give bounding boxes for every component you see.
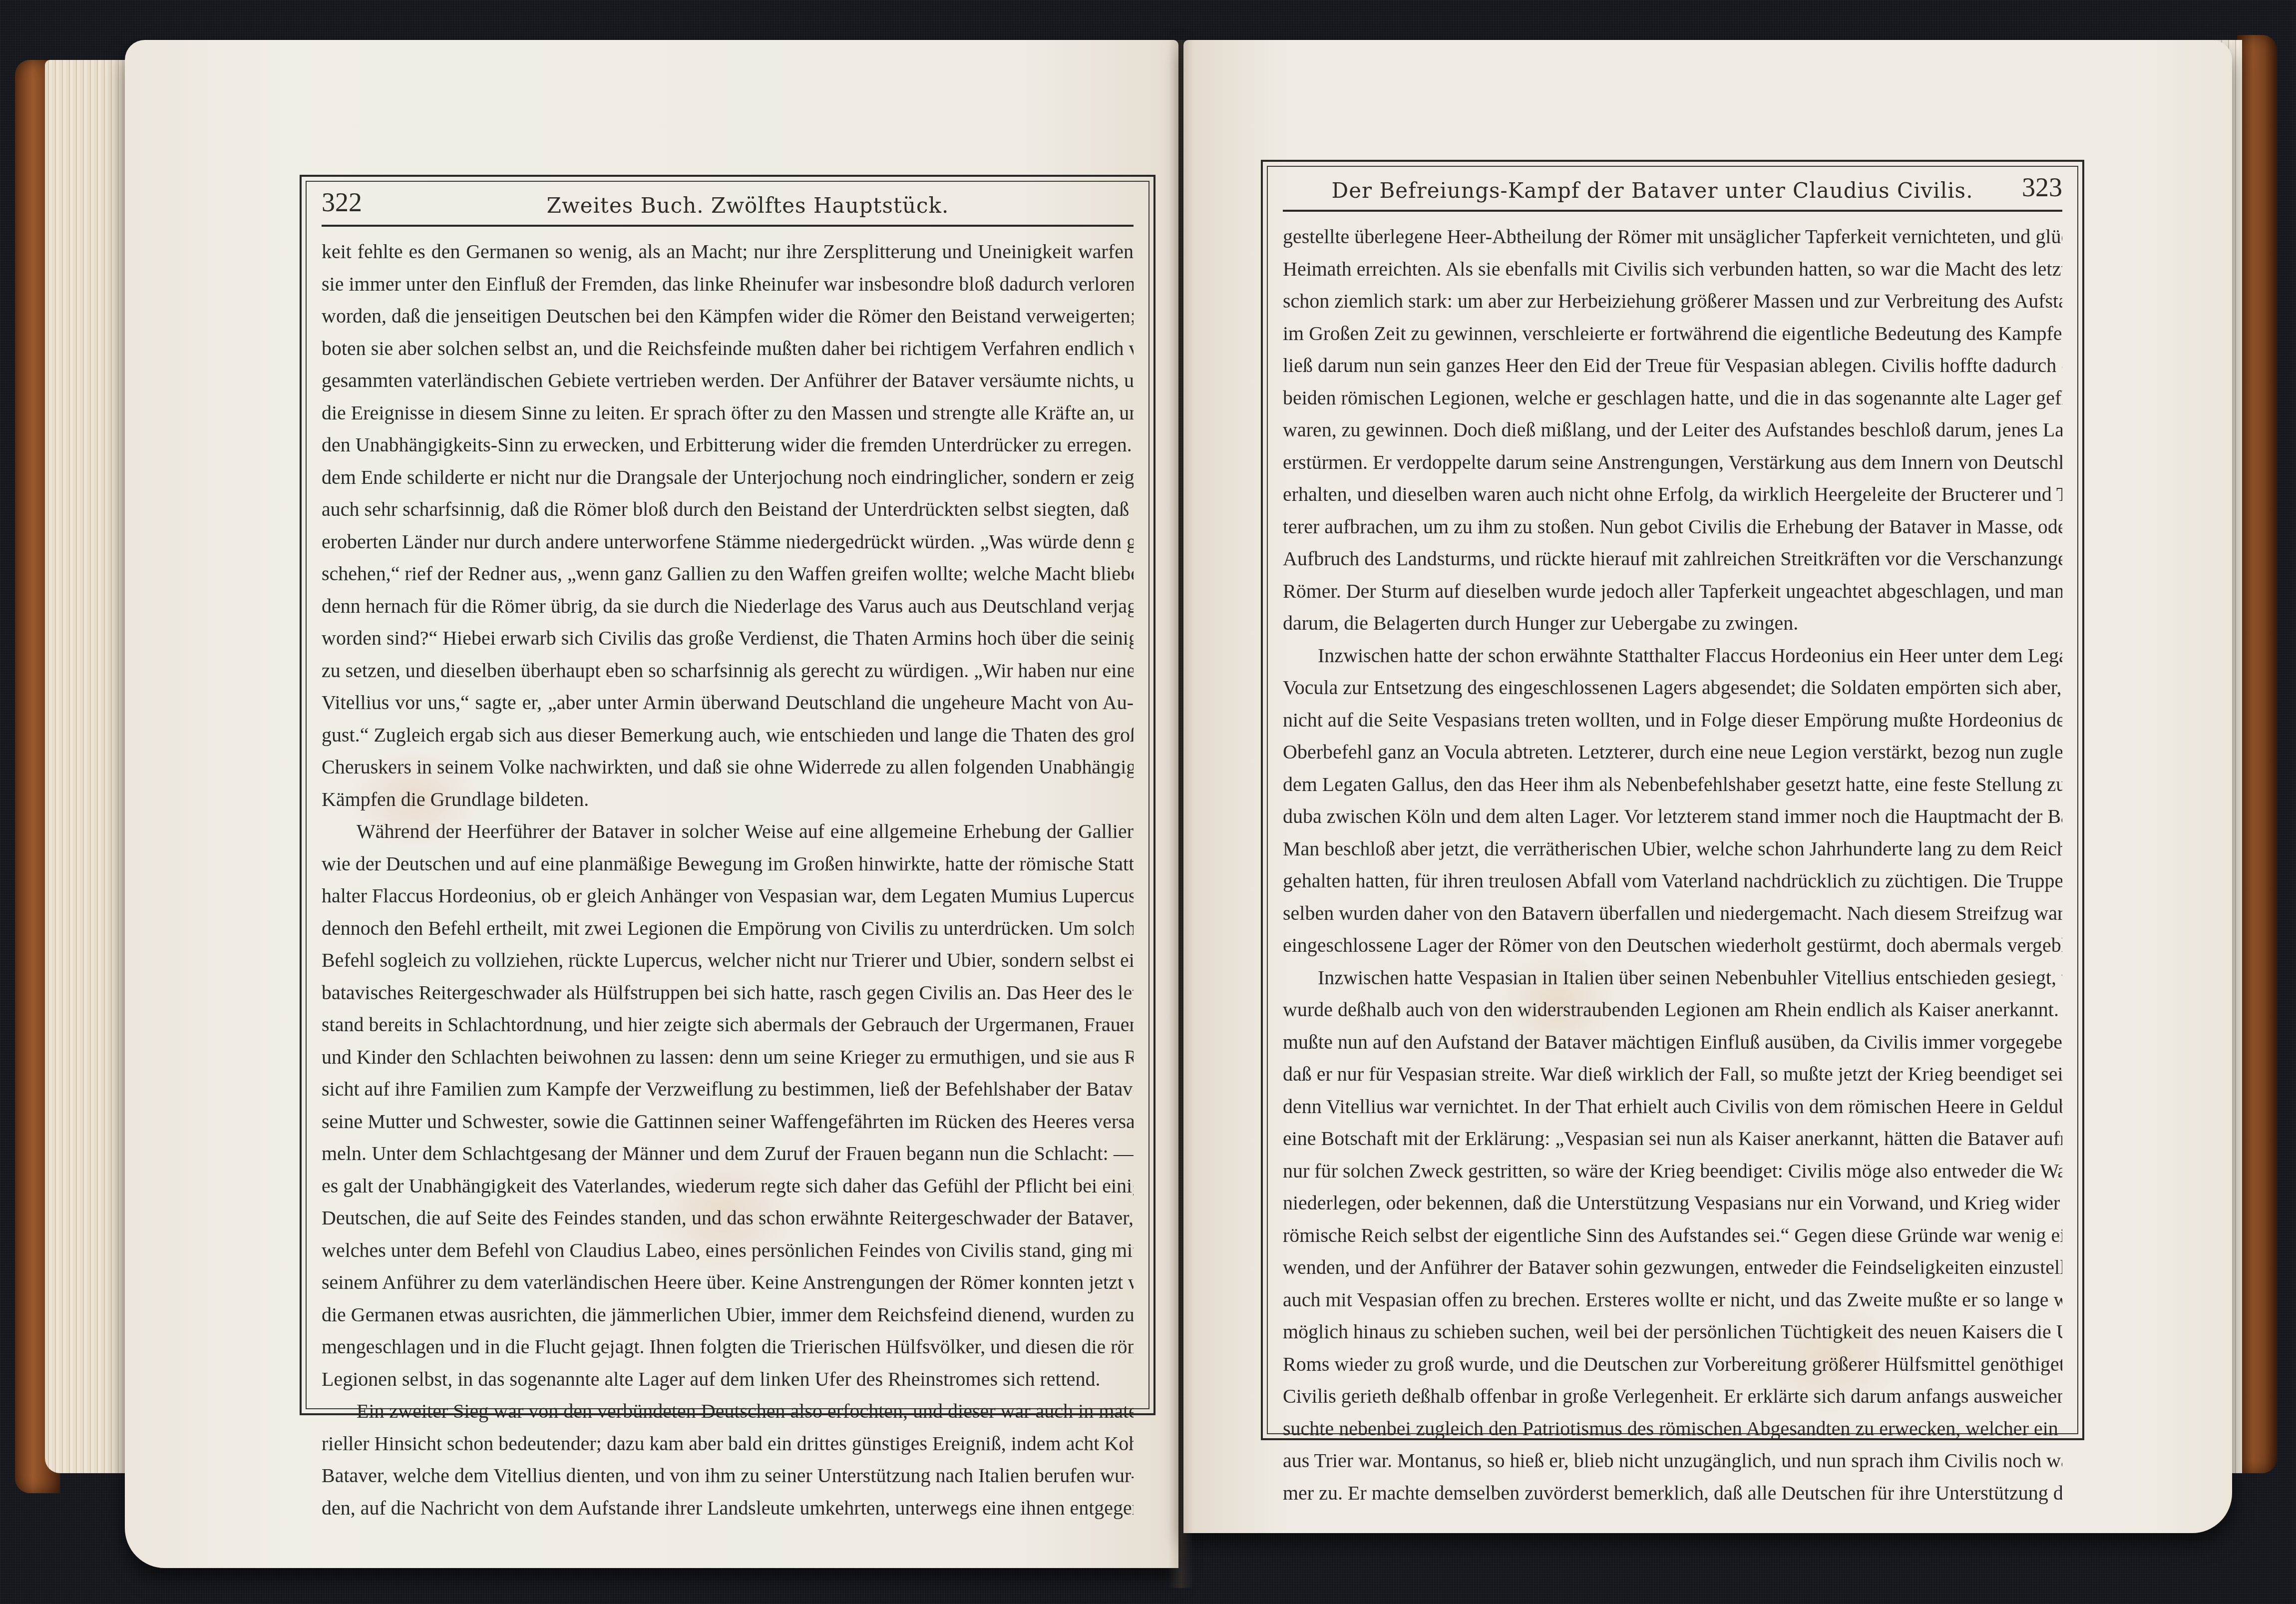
text-line: halter Flaccus Hordeonius, ob er gleich … [322,880,1134,912]
page-number-left: 322 [322,187,362,218]
text-line: stand bereits in Schlachtordnung, und hi… [322,1009,1134,1041]
text-line: den Unabhängigkeits-Sinn zu erwecken, un… [322,429,1134,461]
text-line: wenden, und der Anführer der Bataver soh… [1283,1251,2062,1284]
right-body-text: gestellte überlegene Heer-Abtheilung der… [1268,212,2077,1509]
text-line: mer zu. Er machte demselben zuvörderst b… [1283,1477,2062,1510]
text-line: duba zwischen Köln und dem alten Lager. … [1283,801,2062,833]
text-line: seinem Anführer zu dem vaterländischen H… [322,1266,1134,1299]
text-line: beiden römischen Legionen, welche er ges… [1283,382,2062,414]
text-line: denn hernach für die Römer übrig, da sie… [322,590,1134,623]
text-line: den, auf die Nachricht von dem Aufstande… [322,1492,1134,1525]
text-line: boten sie aber solchen selbst an, und di… [322,333,1134,365]
text-line: niederlegen, oder bekennen, daß die Unte… [1283,1187,2062,1219]
text-line: wurde deßhalb auch von den widerstrauben… [1283,994,2062,1026]
text-line: nicht auf die Seite Vespasians treten wo… [1283,704,2062,737]
running-head-title-right: Der Befreiungs-Kampf der Bataver unter C… [1283,178,2022,203]
text-line: Während der Heerführer der Bataver in so… [322,815,1134,848]
text-line: Legionen selbst, in das sogenannte alte … [322,1363,1134,1396]
text-line: Aufbruch des Landsturms, und rückte hier… [1283,543,2062,575]
text-line: auch sehr scharfsinnig, daß die Römer bl… [322,493,1134,526]
text-line: die Germanen etwas ausrichten, die jämme… [322,1299,1134,1331]
text-line: auch mit Vespasian offen zu brechen. Ers… [1283,1284,2062,1316]
text-line: die Ereignisse in diesem Sinne zu leiten… [322,397,1134,429]
text-line: darum, die Belagerten durch Hunger zur U… [1283,607,2062,640]
text-line: es galt der Unabhängigkeit des Vaterland… [322,1170,1134,1203]
text-line: dem Ende schilderte er nicht nur die Dra… [322,461,1134,494]
text-line: meln. Unter dem Schlachtgesang der Männe… [322,1138,1134,1170]
text-line: eingeschlossene Lager der Römer von den … [1283,929,2062,962]
text-line: zu setzen, und dieselben überhaupt eben … [322,655,1134,687]
text-line: rieller Hinsicht schon bedeutender; dazu… [322,1428,1134,1460]
text-line: daß er nur für Vespasian streite. War di… [1283,1058,2062,1091]
text-line: erhalten, und dieselben waren auch nicht… [1283,478,2062,511]
text-line: suchte nebenbei zugleich den Patriotismu… [1283,1413,2062,1445]
text-line: Roms wieder zu groß wurde, und die Deuts… [1283,1348,2062,1381]
text-line: dem Legaten Gallus, den das Heer ihm als… [1283,769,2062,801]
text-line: schon ziemlich stark: um aber zur Herbei… [1283,285,2062,318]
text-line: Befehl sogleich zu vollziehen, rückte Lu… [322,944,1134,977]
left-text-frame: 322 Zweites Buch. Zwölftes Hauptstück. k… [300,175,1155,1415]
text-line: mengeschlagen und in die Flucht gejagt. … [322,1331,1134,1363]
running-head-title-left: Zweites Buch. Zwölftes Hauptstück. [362,193,1134,218]
right-frame-inner-border: Der Befreiungs-Kampf der Bataver unter C… [1267,166,2078,1434]
text-line: Civilis gerieth deßhalb offenbar in groß… [1283,1380,2062,1413]
text-line: sie immer unter den Einfluß der Fremden,… [322,268,1134,301]
left-body-text: keit fehlte es den Germanen so wenig, al… [307,227,1148,1524]
leather-cover-right [2237,35,2277,1473]
text-line: Man beschloß aber jetzt, die verrätheris… [1283,833,2062,865]
text-line: nur für solchen Zweck gestritten, so wär… [1283,1155,2062,1188]
text-line: Vocula zur Entsetzung des eingeschlossen… [1283,672,2062,704]
text-line: erstürmen. Er verdoppelte darum seine An… [1283,446,2062,479]
text-line: römische Reich selbst der eigentliche Si… [1283,1219,2062,1252]
text-line: mußte nun auf den Aufstand der Bataver m… [1283,1026,2062,1059]
text-line: batavisches Reitergeschwader als Hülfstr… [322,977,1134,1009]
right-text-frame: Der Befreiungs-Kampf der Bataver unter C… [1261,160,2084,1440]
text-line: welches unter dem Befehl von Claudius La… [322,1234,1134,1267]
text-line: Inzwischen hatte der schon erwähnte Stat… [1283,640,2062,672]
text-line: gestellte überlegene Heer-Abtheilung der… [1283,221,2062,253]
text-line: und Kinder den Schlachten beiwohnen zu l… [322,1041,1134,1074]
text-line: ließ darum nun sein ganzes Heer den Eid … [1283,350,2062,382]
text-line: Deutschen, die auf Seite des Feindes sta… [322,1202,1134,1234]
text-line: Kämpfen die Grundlage bildeten. [322,784,1134,816]
text-line: Ein zweiter Sieg war von den verbündeten… [322,1395,1134,1428]
text-line: eine Botschaft mit der Erklärung: „Vespa… [1283,1123,2062,1155]
text-line: terer aufbrachen, um zu ihm zu stoßen. N… [1283,511,2062,543]
text-line: keit fehlte es den Germanen so wenig, al… [322,236,1134,268]
text-line: worden sind?“ Hiebei erwarb sich Civilis… [322,622,1134,655]
text-line: schehen,“ rief der Redner aus, „wenn gan… [322,558,1134,590]
text-line: Heimath erreichten. Als sie ebenfalls mi… [1283,253,2062,286]
left-frame-inner-border: 322 Zweites Buch. Zwölftes Hauptstück. k… [306,181,1149,1409]
text-line: im Großen Zeit zu gewinnen, verschleiert… [1283,318,2062,350]
text-line: waren, zu gewinnen. Doch dieß mißlang, u… [1283,414,2062,446]
text-line: gehalten hatten, für ihren treulosen Abf… [1283,865,2062,897]
text-line: selben wurden daher von den Batavern übe… [1283,897,2062,930]
text-line: worden, daß die jenseitigen Deutschen be… [322,300,1134,333]
text-line: Oberbefehl ganz an Vocula abtreten. Letz… [1283,736,2062,769]
open-book: 322 Zweites Buch. Zwölftes Hauptstück. k… [0,0,2296,1604]
text-line: eroberten Länder nur durch andere unterw… [322,526,1134,558]
right-running-head: Der Befreiungs-Kampf der Bataver unter C… [1283,167,2062,212]
text-line: sicht auf ihre Familien zum Kampfe der V… [322,1073,1134,1106]
left-running-head: 322 Zweites Buch. Zwölftes Hauptstück. [322,182,1134,227]
text-line: seine Mutter und Schwester, sowie die Ga… [322,1106,1134,1138]
text-line: aus Trier war. Montanus, so hieß er, bli… [1283,1445,2062,1477]
text-line: dennoch den Befehl ertheilt, mit zwei Le… [322,912,1134,945]
text-line: Inzwischen hatte Vespasian in Italien üb… [1283,962,2062,994]
text-line: Römer. Der Sturm auf dieselben wurde jed… [1283,575,2062,608]
text-line: Vitellius vor uns,“ sagte er, „aber unte… [322,687,1134,719]
text-line: gesammten vaterländischen Gebiete vertri… [322,365,1134,397]
text-line: Cheruskers in seinem Volke nachwirkten, … [322,751,1134,784]
text-line: gust.“ Zugleich ergab sich aus dieser Be… [322,719,1134,752]
page-number-right: 323 [2022,172,2062,203]
text-line: wie der Deutschen und auf eine planmäßig… [322,848,1134,880]
text-line: denn Vitellius war vernichtet. In der Th… [1283,1091,2062,1123]
book-gutter [1168,40,1193,1588]
text-line: möglich hinaus zu schieben suchen, weil … [1283,1316,2062,1348]
text-line: Bataver, welche dem Vitellius dienten, u… [322,1460,1134,1492]
